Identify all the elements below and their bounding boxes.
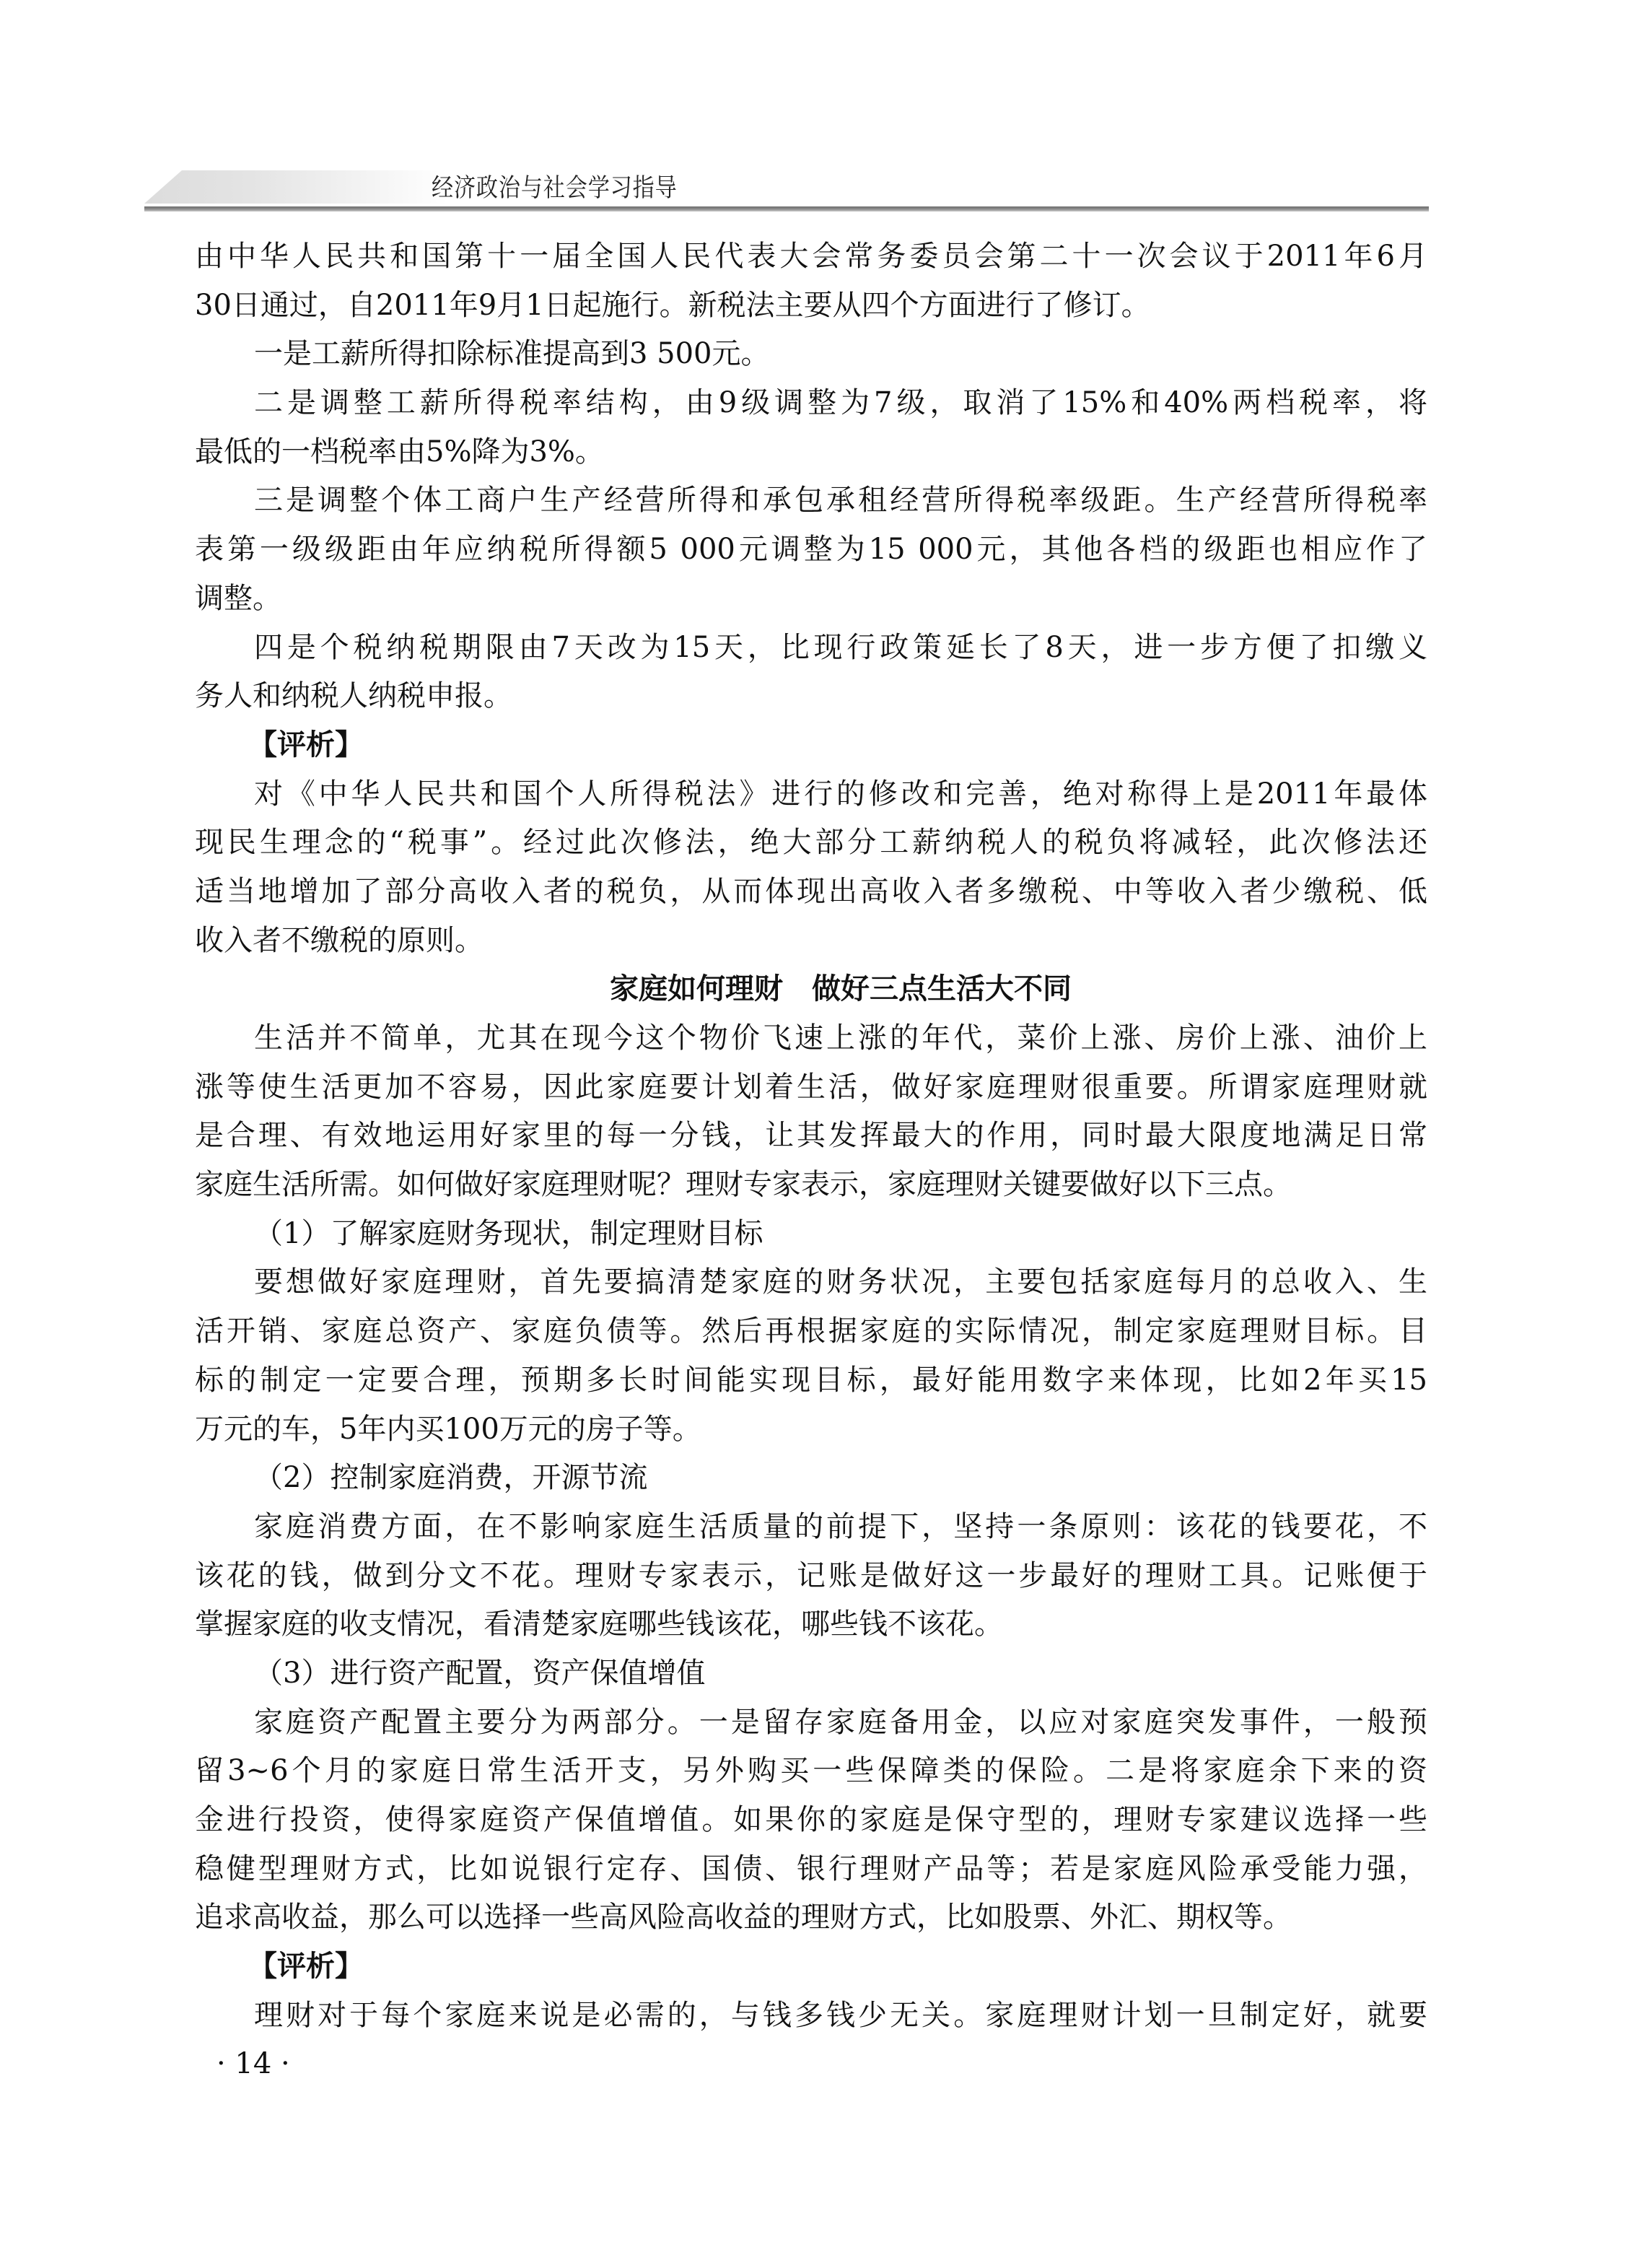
paragraph-line: 生活并不简单，尤其在现今这个物价飞速上涨的年代，菜价上涨、房价上涨、油价上 bbox=[195, 1014, 1427, 1063]
point-three-cont: 表第一级级距由年应纳税所得额5 000元调整为15 000元，其他各档的级距也相… bbox=[195, 525, 1427, 575]
point-two-cont: 最低的一档税率由5%降为3%。 bbox=[195, 428, 1427, 477]
header-rule bbox=[144, 206, 1429, 211]
item-body-line: 家庭资产配置主要分为两部分。一是留存家庭备用金，以应对家庭突发事件，一般预 bbox=[195, 1698, 1427, 1748]
paragraph-line: 30日通过，自2011年9月1日起施行。新税法主要从四个方面进行了修订。 bbox=[195, 282, 1427, 331]
paragraph-line: 涨等使生活更加不容易，因此家庭要计划着生活，做好家庭理财很重要。所谓家庭理财就 bbox=[195, 1063, 1427, 1112]
running-header-title: 经济政治与社会学习指导 bbox=[432, 172, 678, 205]
point-four-cont: 务人和纳税人纳税申报。 bbox=[195, 672, 1427, 721]
analysis-line: 对《中华人民共和国个人所得税法》进行的修改和完善，绝对称得上是2011年最体 bbox=[195, 770, 1427, 819]
analysis-label: 【评析】 bbox=[195, 721, 1427, 770]
section-title: 家庭如何理财 做好三点生活大不同 bbox=[195, 965, 1427, 1014]
item-body-line: 掌握家庭的收支情况，看清楚家庭哪些钱该花，哪些钱不该花。 bbox=[195, 1600, 1427, 1649]
item-body-line: 活开销、家庭总资产、家庭负债等。然后再根据家庭的实际情况，制定家庭理财目标。目 bbox=[195, 1307, 1427, 1356]
item-heading-2: （2）控制家庭消费，开源节流 bbox=[195, 1454, 1427, 1503]
item-body-line: 该花的钱，做到分文不花。理财专家表示，记账是做好这一步最好的理财工具。记账便于 bbox=[195, 1552, 1427, 1601]
point-two: 二是调整工薪所得税率结构，由9级调整为7级，取消了15%和40%两档税率，将 bbox=[195, 379, 1427, 428]
point-three: 三是调整个体工商户生产经营所得和承包承租经营所得税率级距。生产经营所得税率 bbox=[195, 476, 1427, 525]
analysis-line: 现民生理念的“税事”。经过此次修法，绝大部分工薪纳税人的税负将减轻，此次修法还 bbox=[195, 819, 1427, 868]
item-heading-1: （1）了解家庭财务现状，制定理财目标 bbox=[195, 1210, 1427, 1259]
item-body-line: 标的制定一定要合理，预期多长时间能实现目标，最好能用数字来体现，比如2年买15 bbox=[195, 1356, 1427, 1405]
header-decoration-tab bbox=[144, 170, 447, 204]
page-body: 由中华人民共和国第十一届全国人民代表大会常务委员会第二十一次会议于2011年6月… bbox=[195, 232, 1427, 2040]
analysis-label: 【评析】 bbox=[195, 1942, 1427, 1992]
item-heading-3: （3）进行资产配置，资产保值增值 bbox=[195, 1649, 1427, 1698]
paragraph-line: 家庭生活所需。如何做好家庭理财呢？理财专家表示，家庭理财关键要做好以下三点。 bbox=[195, 1161, 1427, 1210]
analysis-line: 适当地增加了部分高收入者的税负，从而体现出高收入者多缴税、中等收入者少缴税、低 bbox=[195, 868, 1427, 917]
point-four: 四是个税纳税期限由7天改为15天，比现行政策延长了8天，进一步方便了扣缴义 bbox=[195, 624, 1427, 673]
point-one: 一是工薪所得扣除标准提高到3 500元。 bbox=[195, 330, 1427, 379]
item-body-line: 万元的车，5年内买100万元的房子等。 bbox=[195, 1405, 1427, 1454]
analysis-line: 收入者不缴税的原则。 bbox=[195, 917, 1427, 966]
item-body-line: 稳健型理财方式，比如说银行定存、国债、银行理财产品等；若是家庭风险承受能力强， bbox=[195, 1845, 1427, 1894]
point-three-cont: 调整。 bbox=[195, 575, 1427, 624]
item-body-line: 家庭消费方面，在不影响家庭生活质量的前提下，坚持一条原则：该花的钱要花，不 bbox=[195, 1503, 1427, 1552]
item-body-line: 要想做好家庭理财，首先要搞清楚家庭的财务状况，主要包括家庭每月的总收入、生 bbox=[195, 1258, 1427, 1307]
paragraph-line: 由中华人民共和国第十一届全国人民代表大会常务委员会第二十一次会议于2011年6月 bbox=[195, 232, 1427, 282]
item-body-line: 追求高收益，那么可以选择一些高风险高收益的理财方式，比如股票、外汇、期权等。 bbox=[195, 1893, 1427, 1942]
item-body-line: 留3~6个月的家庭日常生活开支，另外购买一些保障类的保险。二是将家庭余下来的资 bbox=[195, 1747, 1427, 1796]
analysis-line: 理财对于每个家庭来说是必需的，与钱多钱少无关。家庭理财计划一旦制定好，就要 bbox=[195, 1992, 1427, 2041]
paragraph-line: 是合理、有效地运用好家里的每一分钱，让其发挥最大的作用，同时最大限度地满足日常 bbox=[195, 1112, 1427, 1161]
page-number: · 14 · bbox=[216, 2047, 290, 2080]
item-body-line: 金进行投资，使得家庭资产保值增值。如果你的家庭是保守型的，理财专家建议选择一些 bbox=[195, 1796, 1427, 1845]
